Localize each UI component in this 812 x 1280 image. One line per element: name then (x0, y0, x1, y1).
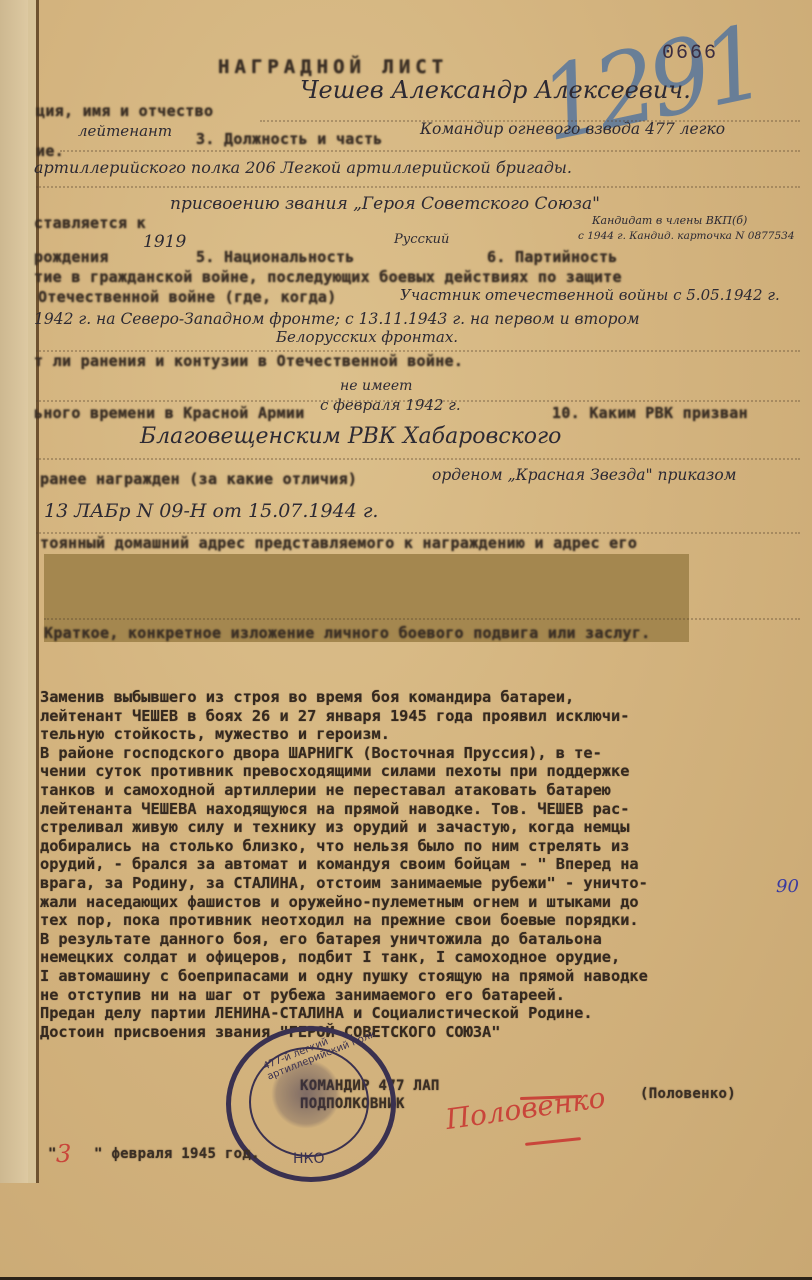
field-label-position: 3. Должность и часть (196, 130, 383, 148)
narrative-line: стреливал живую силу и технику из орудий… (40, 818, 810, 837)
field-label-war-service: Отечественной войне (где, когда) (38, 288, 337, 306)
narrative-line: жали наседающих фашистов и оружейно-пуле… (40, 893, 810, 912)
stamp-bottom-text: НКО (293, 1151, 325, 1167)
date-day: 3 (56, 1140, 71, 1168)
narrative-line: I автомашину с боеприпасами и одну пушку… (40, 967, 810, 986)
binding-strip (0, 0, 39, 1183)
signature-underline-bottom (525, 1137, 581, 1146)
narrative-line: Достоин присвоения звания "ГЕРОЙ СОВЕТСК… (40, 1023, 810, 1042)
narrative-line: В результате данного боя, его батарея ун… (40, 930, 810, 949)
field-label-rvk: 10. Каким РВК призван (552, 404, 748, 422)
field-value-rvk: Благовещенским РВК Хабаровского (140, 424, 561, 449)
handwritten-signature: Половенко (443, 1081, 607, 1136)
narrative-line: лейтенанта ЧЕШЕВА находящуюся на прямой … (40, 800, 810, 819)
field-label-summary: Краткое, конкретное изложение личного бо… (44, 624, 651, 642)
field-value-war-fronts: 1942 г. на Северо-Западном фронте; с 13.… (34, 310, 640, 328)
field-value-rank: лейтенант (78, 122, 172, 140)
narrative-line: орудий, - брался за автомат и командуя с… (40, 855, 810, 874)
field-value-birth: 1919 (143, 232, 186, 252)
narrative-line: Заменив выбывшего из строя во время боя … (40, 688, 810, 707)
field-label-prior-awards: ранее награжден (за какие отличия) (40, 470, 357, 488)
field-value-position: Командир огневого взвода 477 легко (420, 120, 725, 138)
field-value-nominated: присвоению звания „Героя Советского Союз… (170, 194, 600, 214)
field-label-service-time: ьного времени в Красной Армии (34, 404, 305, 422)
field-label-nationality: 5. Национальность (196, 248, 355, 266)
narrative-line: тельную стойкость, мужество и героизм. (40, 725, 810, 744)
field-value-war-fronts-cont: Белорусских фронтах. (276, 328, 458, 346)
narrative-line: Предан делу партии ЛЕНИНА-СТАЛИНА и Соци… (40, 1004, 810, 1023)
document-title: НАГРАДНОЙ ЛИСТ (218, 56, 448, 78)
field-label-party: 6. Партийность (487, 248, 618, 266)
field-label-wounds: т ли ранения и контузии в Отечественной … (34, 352, 463, 370)
binding-strip-inner (0, 0, 28, 1183)
field-label-birth: рождения (34, 248, 109, 266)
party-candidate-line1: Кандидат в члены ВКП(б) (592, 214, 747, 227)
field-label-name: ция, имя и отчество (36, 102, 213, 120)
award-sheet-page: НАГРАДНОЙ ЛИСТ 1291 0666 ция, имя и отче… (0, 0, 812, 1277)
field-value-prior-awards: орденом „Красная Звезда" приказом (432, 466, 737, 484)
field-label-nominated: ставляется к (34, 214, 146, 232)
narrative-line: немецких солдат и офицеров, подбит I тан… (40, 948, 810, 967)
narrative-line: не отступив ни на шаг от рубежа занимаем… (40, 986, 810, 1005)
dotted-rule (60, 148, 800, 152)
narrative-line: тех пор, пока противник неотходил на пре… (40, 911, 810, 930)
field-label-address: тоянный домашний адрес представляемого к… (40, 534, 637, 552)
narrative-line: лейтенант ЧЕШЕВ в боях 26 и 27 января 19… (40, 707, 810, 726)
field-label-participation: тие в гражданской войне, последующих бое… (34, 268, 622, 286)
field-value-wounds: не имеет (340, 378, 412, 394)
narrative-text: Заменив выбывшего из строя во время боя … (40, 688, 810, 1041)
field-value-nationality: Русский (394, 232, 449, 247)
field-value-unit: артиллерийского полка 206 Легкой артилле… (34, 158, 572, 177)
narrative-line: врага, за Родину, за СТАЛИНА, отстоим за… (40, 874, 810, 893)
archive-number: 0666 (662, 42, 718, 65)
margin-note: 90 (776, 876, 799, 897)
dotted-rule (36, 184, 800, 188)
narrative-line: танков и самоходной артиллерии не перест… (40, 781, 810, 800)
dotted-rule (36, 456, 800, 460)
field-value-prior-awards-order: 13 ЛАБр N 09-Н от 15.07.1944 г. (44, 500, 378, 522)
field-value-war-service: Участник отечественной войны с 5.05.1942… (400, 286, 780, 304)
narrative-line: добирались на столько близко, что нельзя… (40, 837, 810, 856)
date-text: " февраля 1945 год. (94, 1146, 260, 1162)
dotted-rule (44, 616, 800, 620)
field-value-service-time: с февраля 1942 г. (320, 396, 461, 414)
field-value-name: Чешев Александр Алексеевич. (300, 76, 691, 104)
commander-name: (Половенко) (640, 1086, 736, 1102)
narrative-line: чении суток противник превосходящими сил… (40, 762, 810, 781)
narrative-line: В районе господского двора ШАРНИГК (Вост… (40, 744, 810, 763)
party-candidate-line2: с 1944 г. Кандид. карточка N 0877534 (578, 230, 795, 242)
